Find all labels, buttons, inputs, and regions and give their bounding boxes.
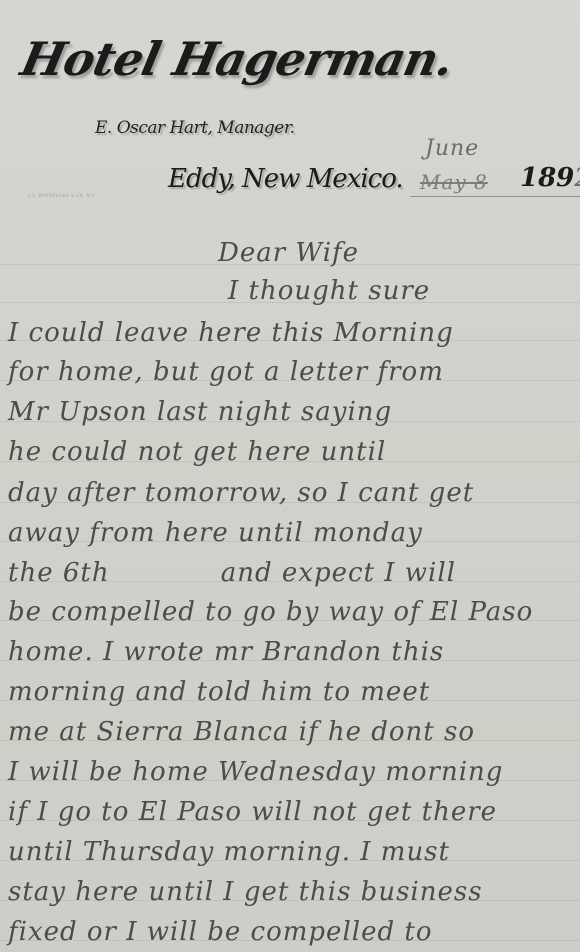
- letter-line: until Thursday morning. I must: [8, 837, 450, 867]
- salutation: Dear Wife: [218, 238, 359, 268]
- manager-name: E. Oscar Hart, Manager.: [95, 118, 295, 138]
- month-correction: June: [425, 136, 479, 161]
- letter-line: the 6th and expect I will: [8, 558, 456, 588]
- letter-line: if I go to El Paso will not get there: [8, 797, 497, 827]
- letter-line: fixed or I will be compelled to: [8, 917, 432, 947]
- letter-line: away from here until monday: [8, 518, 423, 548]
- place-name: Eddy, New Mexico.: [168, 164, 403, 194]
- year-printed: 189: [520, 163, 574, 193]
- printer-mark: L.L. BURROUGHS & CO. N.Y.: [28, 193, 96, 198]
- date-underline: [410, 196, 580, 197]
- letter-line: I will be home Wednesday morning: [8, 757, 503, 787]
- letter-line: day after tomorrow, so I cant get: [8, 478, 474, 508]
- opening-line: I thought sure: [228, 276, 430, 306]
- year: 1892: [520, 163, 580, 193]
- year-handwritten-digit: 2: [574, 163, 580, 193]
- letter-line: me at Sierra Blanca if he dont so: [8, 717, 475, 747]
- letter-line: be compelled to go by way of El Paso: [8, 597, 533, 627]
- letter-line: Mr Upson last night saying: [8, 397, 392, 427]
- letter-page: Hotel Hagerman. E. Oscar Hart, Manager. …: [0, 0, 580, 952]
- letter-line: he could not get here until: [8, 437, 386, 467]
- month-struck: May 8: [420, 170, 488, 194]
- letter-line: I could leave here this Morning: [8, 318, 454, 348]
- letter-line: home. I wrote mr Brandon this: [8, 637, 444, 667]
- letter-line: morning and told him to meet: [8, 677, 430, 707]
- hotel-name: Hotel Hagerman.: [16, 32, 458, 86]
- letter-line: stay here until I get this business: [8, 877, 483, 907]
- letter-line: for home, but got a letter from: [8, 357, 444, 387]
